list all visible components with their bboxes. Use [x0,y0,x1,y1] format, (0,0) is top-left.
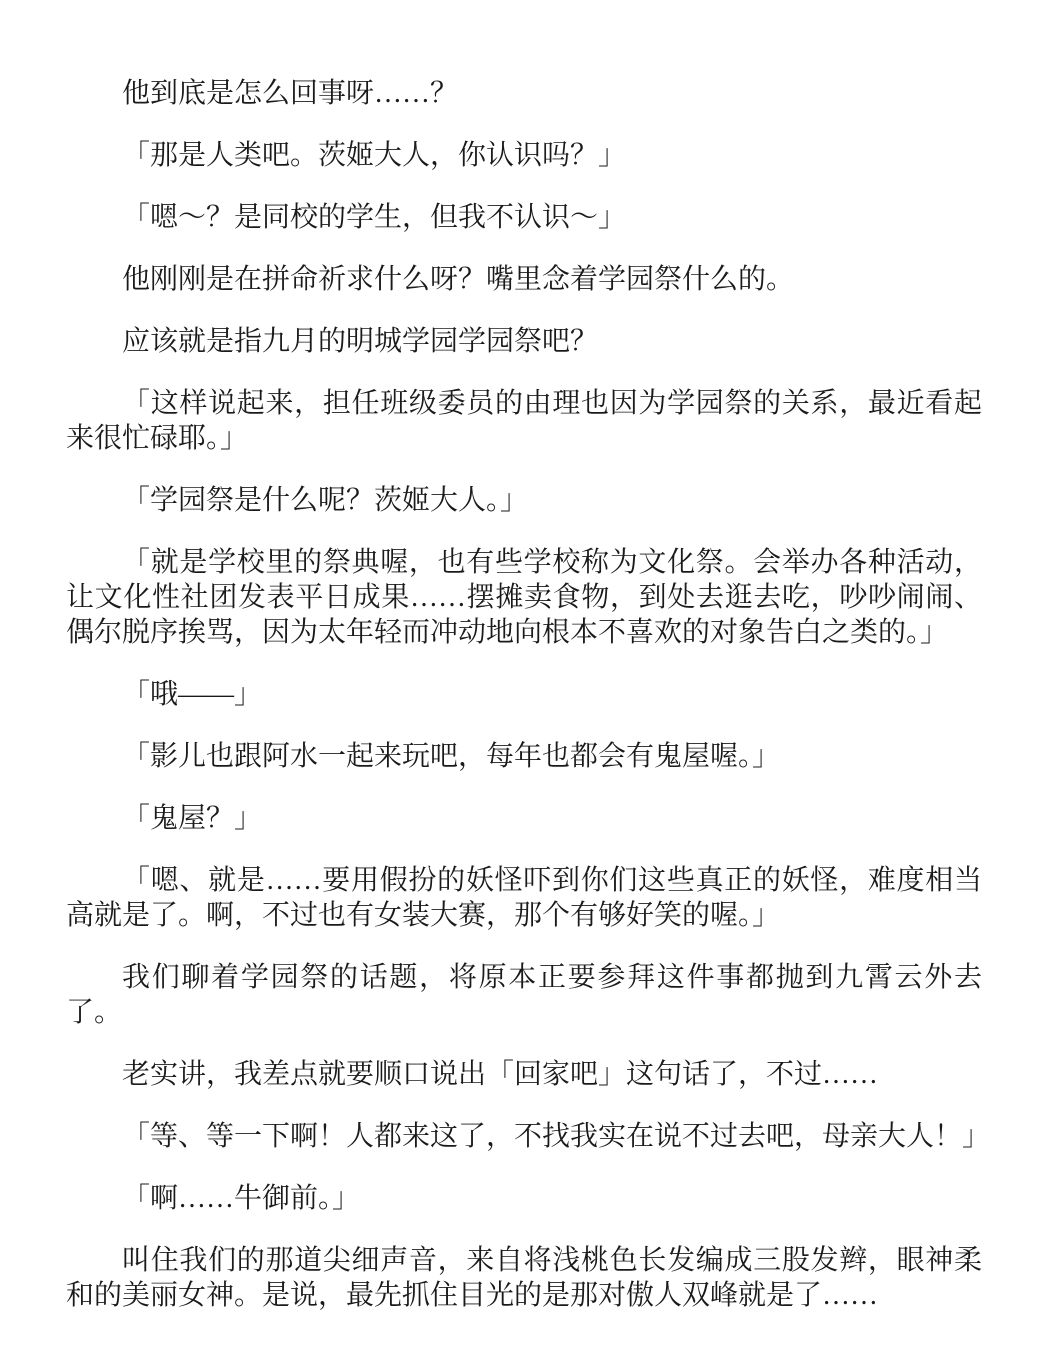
paragraph: 他刚刚是在拼命祈求什么呀？嘴里念着学园祭什么的。 [66,262,982,297]
document-page: 他到底是怎么回事呀……？ 「那是人类吧。茨姬大人，你认识吗？」 「嗯～？是同校的… [0,0,1046,1354]
paragraph: 应该就是指九月的明城学园学园祭吧？ [66,324,982,359]
paragraph: 他到底是怎么回事呀……？ [66,76,982,111]
paragraph: 「嗯～？是同校的学生，但我不认识～」 [66,200,982,235]
paragraph: 「学园祭是什么呢？茨姬大人。」 [66,483,982,518]
novel-text-body: 他到底是怎么回事呀……？ 「那是人类吧。茨姬大人，你认识吗？」 「嗯～？是同校的… [66,76,982,1313]
paragraph: 「等、等一下啊！人都来这了，不找我实在说不过去吧，母亲大人！」 [66,1119,982,1154]
paragraph: 我们聊着学园祭的话题，将原本正要参拜这件事都抛到九霄云外去了。 [66,960,982,1030]
paragraph: 「鬼屋？」 [66,801,982,836]
paragraph: 「影儿也跟阿水一起来玩吧，每年也都会有鬼屋喔。」 [66,739,982,774]
paragraph: 「这样说起来，担任班级委员的由理也因为学园祭的关系，最近看起来很忙碌耶。」 [66,386,982,456]
paragraph: 「嗯、就是……要用假扮的妖怪吓到你们这些真正的妖怪，难度相当高就是了。啊，不过也… [66,863,982,933]
paragraph: 「就是学校里的祭典喔，也有些学校称为文化祭。会举办各种活动，让文化性社团发表平日… [66,545,982,650]
paragraph: 「那是人类吧。茨姬大人，你认识吗？」 [66,138,982,173]
paragraph: 「啊……牛御前。」 [66,1181,982,1216]
paragraph: 老实讲，我差点就要顺口说出「回家吧」这句话了，不过…… [66,1057,982,1092]
paragraph: 叫住我们的那道尖细声音，来自将浅桃色长发编成三股发辫，眼神柔和的美丽女神。是说，… [66,1243,982,1313]
paragraph: 「哦——」 [66,677,982,712]
